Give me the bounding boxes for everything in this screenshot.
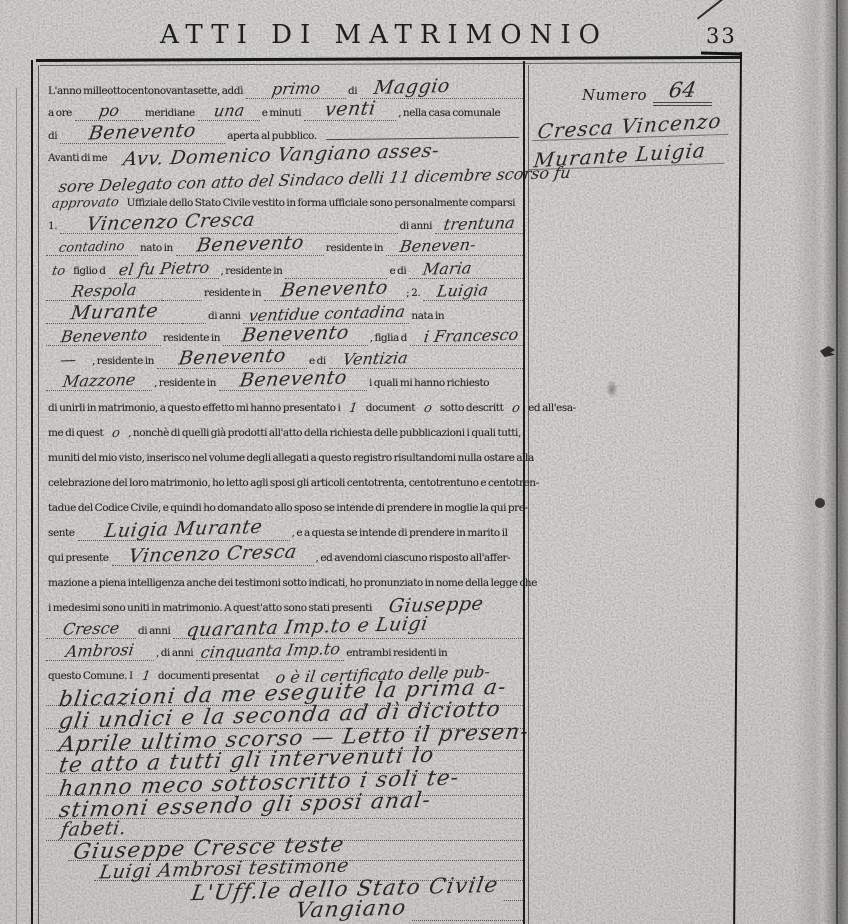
act-line: qui presenteVincenzo Cresca, ed avendomi… xyxy=(46,541,523,566)
handwriting: Mazzone xyxy=(55,372,142,391)
page-right-edge-shadow xyxy=(792,0,848,924)
page-title: ATTI DI MATRIMONIO xyxy=(124,20,644,50)
printed-text: i quali mi hanno richiesto xyxy=(367,377,492,391)
handwritten-entry: Benevento xyxy=(157,348,307,369)
act-line: muniti del mio visto, inserisco nel volu… xyxy=(46,441,523,466)
act-line: contadinonato inBeneventoresidente inBen… xyxy=(46,234,523,257)
handwriting: Luigia Murante xyxy=(97,518,269,543)
handwritten-entry: 1 xyxy=(343,402,363,416)
handwritten-entry: sore Delegato con atto del Sindaco delli… xyxy=(46,172,523,189)
act-line: tadue del Codice Civile, e quindi ho dom… xyxy=(46,491,523,516)
handwriting: el fu Pietro xyxy=(111,259,216,279)
handwritten-entry: Benevento xyxy=(264,280,404,301)
numero-value: 64 xyxy=(653,80,712,106)
ink-spot xyxy=(815,498,825,508)
margin-column: Numero 64 Cresca Vincenzo Murante Luigia xyxy=(534,80,742,167)
ink-stain xyxy=(606,380,618,398)
act-line: 1.Vincenzo Crescadi annitrentuna xyxy=(46,211,523,234)
handwriting: cinquanta Imp.to xyxy=(193,641,347,662)
frame-top-inner-rule xyxy=(40,62,740,66)
handwritten-entry: el fu Pietro xyxy=(109,261,219,279)
page-right-edge-line xyxy=(836,0,838,924)
numero-row: Numero 64 xyxy=(534,80,742,106)
handwriting: 1 xyxy=(135,669,157,684)
act-line: mazione a piena intelligenza anche dei t… xyxy=(46,566,523,591)
handwriting: Vincenzo Cresca xyxy=(121,542,304,567)
printed-text: Uffiziale dello Stato Civile vestito in … xyxy=(125,197,518,211)
page-left-edge-line xyxy=(16,88,17,924)
handwriting: i Francesco xyxy=(416,327,525,347)
handwritten-entry: Luigia xyxy=(423,283,523,301)
handwritten-entry: Beneven- xyxy=(386,238,523,256)
printed-text: muniti del mio visto, inserisco nel volu… xyxy=(46,452,537,466)
handwritten-entry: Avv. Domenico Vangiano asses- xyxy=(110,146,523,166)
handwriting: o xyxy=(105,427,127,442)
printed-text: e di xyxy=(387,265,409,279)
handwriting: primo xyxy=(265,80,328,99)
handwriting: Benevento xyxy=(189,233,311,256)
handwriting: Benevento xyxy=(171,346,293,369)
act-line: me di questo, nonchè di quelli già prodo… xyxy=(46,416,523,441)
handwritten-entry: primo xyxy=(246,81,346,99)
handwritten-entry: Vincenzo Cresca xyxy=(112,545,314,566)
printed-text: sotto descritt xyxy=(438,402,507,416)
handwriting: — xyxy=(53,351,84,369)
act-line: L'anno milleottocentonovantasette, addìp… xyxy=(46,76,523,99)
handwritten-entry: stimoni essendo gli sposi anal- xyxy=(46,795,523,819)
act-line: Murantedi anniventidue contadinanata in xyxy=(46,301,523,324)
margin-annotation-bride: Murante Luigia xyxy=(528,142,725,170)
handwritten-entry: po xyxy=(75,103,143,121)
handwriting: Maggio xyxy=(367,76,458,98)
handwritten-entry: contadino xyxy=(46,241,138,256)
blank-dotted-fill xyxy=(412,907,523,921)
signature-official-name: Vangiano xyxy=(46,901,523,921)
spacer xyxy=(46,880,94,881)
act-line: senteLuigia Murante, e a questa se inten… xyxy=(46,516,523,541)
printed-text: nata in xyxy=(409,310,447,324)
act-line: Ambrosi, di annicinquanta Imp.toentrambi… xyxy=(46,639,523,662)
blank-dotted-fill xyxy=(182,310,206,324)
handwritten-entry: Luigia Murante xyxy=(78,520,290,541)
handwriting: Benevento xyxy=(234,323,356,346)
printed-text: document xyxy=(364,402,418,416)
handwriting: o xyxy=(417,402,439,417)
handwritten-entry: Ambrosi xyxy=(46,643,154,661)
frame-left-rule xyxy=(31,60,33,924)
printed-text: di anni xyxy=(206,310,243,324)
printed-text: 1. xyxy=(46,220,60,234)
frame-margin-separator-inner-rule xyxy=(528,65,529,924)
handwriting: quaranta Imp.to e Luigi xyxy=(179,614,435,641)
handwriting: o xyxy=(505,402,527,417)
printed-text: e minuti xyxy=(260,107,304,121)
printed-text: i medesimi sono uniti in matrimonio. A q… xyxy=(46,602,375,616)
handwritten-entry: o xyxy=(506,402,526,416)
handwritten-entry: Maria xyxy=(409,261,523,279)
handwritten-entry: Benevento xyxy=(223,325,368,346)
handwritten-entry: — xyxy=(46,352,90,369)
handwriting: Respola xyxy=(64,282,143,301)
printed-text: tadue del Codice Civile, e quindi ho dom… xyxy=(46,502,531,516)
printed-text: , nella casa comunale xyxy=(396,107,503,121)
printed-text: celebrazione del loro matrimonio, ho let… xyxy=(46,477,542,491)
handwriting: contadino xyxy=(52,240,132,256)
act-line: Mazzone, residente inBeneventoi quali mi… xyxy=(46,369,523,392)
handwritten-entry: Benevento xyxy=(219,370,367,391)
act-line: diBeneventoaperta al pubblico. xyxy=(46,121,523,144)
bride-name-handwriting: Murante Luigia xyxy=(526,140,713,172)
act-line: celebrazione del loro matrimonio, ho let… xyxy=(46,466,523,491)
printed-text: Avanti di me xyxy=(46,152,110,166)
handwritten-entry: venti xyxy=(304,100,396,121)
printed-text: questo Comune. I xyxy=(46,670,136,684)
printed-text: , di anni xyxy=(154,647,196,661)
act-line: Beneventoresidente inBenevento, figlia d… xyxy=(46,324,523,347)
handwritten-entry: Benevento xyxy=(46,328,161,346)
handwriting: una xyxy=(206,102,251,120)
pen-stroke-top-right xyxy=(697,0,723,20)
printed-text: , e a questa se intende di prendere in m… xyxy=(290,527,511,541)
handwritten-entry: approvato xyxy=(46,197,125,211)
printed-text: residente in xyxy=(161,332,223,346)
act-line: Respolaresidente inBenevento; 2.Luigia xyxy=(46,279,523,302)
handwriting: Benevento xyxy=(232,368,354,391)
printed-text: me di quest xyxy=(46,427,106,441)
handwritten-entry: Maggio xyxy=(360,78,523,99)
handwriting: Benevento xyxy=(82,121,204,144)
handwriting: Murante xyxy=(63,301,165,324)
blank-dotted-fill xyxy=(350,847,523,861)
printed-text: mazione a piena intelligenza anche dei t… xyxy=(46,577,540,591)
handwritten-entry: Cresce xyxy=(46,621,136,639)
printed-text: di xyxy=(46,130,60,144)
printed-text: sente xyxy=(46,527,78,541)
printed-text: entrambi residenti in xyxy=(344,647,450,661)
printed-text: qui presente xyxy=(46,552,112,566)
act-line: stimoni essendo gli sposi anal- xyxy=(46,796,523,819)
printed-text: ed all'esa- xyxy=(526,402,579,416)
handwritten-entry: i Francesco xyxy=(410,328,523,346)
handwriting: Vincenzo Cresca xyxy=(80,210,263,235)
numero-handwriting: 64 xyxy=(661,79,703,102)
handwriting: approvato xyxy=(45,196,126,212)
handwritten-entry: Vangiano xyxy=(290,899,412,922)
scanned-register-page: ATTI DI MATRIMONIO 33 L'anno milleottoce… xyxy=(0,0,848,924)
act-line: tofiglio del fu Pietro, residente ine di… xyxy=(46,256,523,279)
handwriting: Cresce xyxy=(56,620,127,639)
printed-text: , residente in xyxy=(90,355,157,369)
printed-text: figlio d xyxy=(71,265,108,279)
pen-flourish xyxy=(326,124,520,139)
handwritten-entry: quaranta Imp.to e Luigi xyxy=(173,618,523,639)
handwritten-entry: Murante xyxy=(46,303,182,324)
printed-text: , nonchè di quelli già prodotti all'atto… xyxy=(126,427,524,441)
frame-right-top-stub xyxy=(701,51,741,55)
blank-dotted-fill xyxy=(504,887,523,901)
handwritten-entry: o xyxy=(106,427,126,441)
printed-text: , figlia d xyxy=(368,332,410,346)
frame-right-rule xyxy=(733,52,742,924)
frame-top-rule xyxy=(36,56,742,62)
frame-margin-separator-rule xyxy=(523,61,525,924)
act-line: di unirli in matrimonio, a questo effett… xyxy=(46,391,523,416)
handwritten-entry: Respola xyxy=(46,283,162,301)
handwritten-entry: Ventizia xyxy=(329,351,523,369)
act-body: L'anno milleottocentonovantasette, addìp… xyxy=(46,76,523,921)
printed-text: , ed avendomi ciascuno risposto all'affe… xyxy=(314,552,514,566)
handwritten-entry: to xyxy=(46,265,71,279)
handwriting: Luigia xyxy=(430,282,496,301)
blank-dotted-fill xyxy=(162,287,202,301)
handwritten-entry: Benevento xyxy=(60,123,225,144)
handwriting: po xyxy=(92,103,127,121)
printed-text: aperta al pubblico. xyxy=(225,130,319,144)
margin-annotation-groom: Cresca Vincenzo xyxy=(532,113,729,141)
handwriting: Ambrosi xyxy=(59,642,141,661)
frame-left-inner-rule xyxy=(38,65,39,924)
printed-text: di xyxy=(346,85,360,99)
printed-text: a ore xyxy=(46,107,75,121)
act-line: a orepomeridianeunae minutiventi, nella … xyxy=(46,99,523,122)
act-line: Avanti di meAvv. Domenico Vangiano asses… xyxy=(46,144,523,167)
handwritten-entry: cinquanta Imp.to xyxy=(196,643,344,661)
handwriting: Benevento xyxy=(53,327,154,347)
handwriting: trentuna xyxy=(436,214,521,233)
printed-text: , residente in xyxy=(152,377,219,391)
handwriting: to xyxy=(45,264,72,279)
handwriting: venti xyxy=(317,99,383,121)
handwriting: Benevento xyxy=(273,278,395,301)
printed-text: nato in xyxy=(138,242,176,256)
handwritten-entry: Vincenzo Cresca xyxy=(60,213,282,234)
printed-text: di anni xyxy=(398,220,435,234)
printed-text: di unirli in matrimonio, a questo effett… xyxy=(46,402,343,416)
act-line: —, residente inBeneventoe diVentizia xyxy=(46,346,523,369)
printed-text: L'anno milleottocentonovantasette, addì xyxy=(46,85,246,99)
handwritten-entry: Mazzone xyxy=(46,373,152,391)
handwritten-entry: o xyxy=(418,402,438,416)
page-number: 33 xyxy=(706,24,737,48)
handwriting: Vangiano xyxy=(288,897,414,923)
handwriting: Maria xyxy=(416,260,479,279)
printed-text: , residente in xyxy=(219,265,286,279)
handwriting: 1 xyxy=(342,402,364,417)
handwritten-entry: trentuna xyxy=(435,216,523,234)
handwritten-entry: 1 xyxy=(136,670,156,684)
spacer xyxy=(46,860,68,861)
signature-official-title: L'Uff.le dello Stato Civile xyxy=(46,881,523,901)
printed-text: residente in xyxy=(202,287,264,301)
spacer xyxy=(46,900,186,901)
spacer xyxy=(46,920,290,921)
handwritten-entry: Benevento xyxy=(176,235,324,256)
act-line: i medesimi sono uniti in matrimonio. A q… xyxy=(46,591,523,616)
printed-text: ; 2. xyxy=(404,287,423,301)
handwritten-entry: una xyxy=(198,103,260,121)
numero-label: Numero xyxy=(582,86,647,106)
handwritten-entry: ventidue contadina xyxy=(243,306,409,324)
act-line: Crescedi anniquaranta Imp.to e Luigi xyxy=(46,616,523,639)
printed-text: residente in xyxy=(324,242,386,256)
printed-text: di anni xyxy=(136,625,173,639)
handwriting: Beneven- xyxy=(393,237,483,256)
